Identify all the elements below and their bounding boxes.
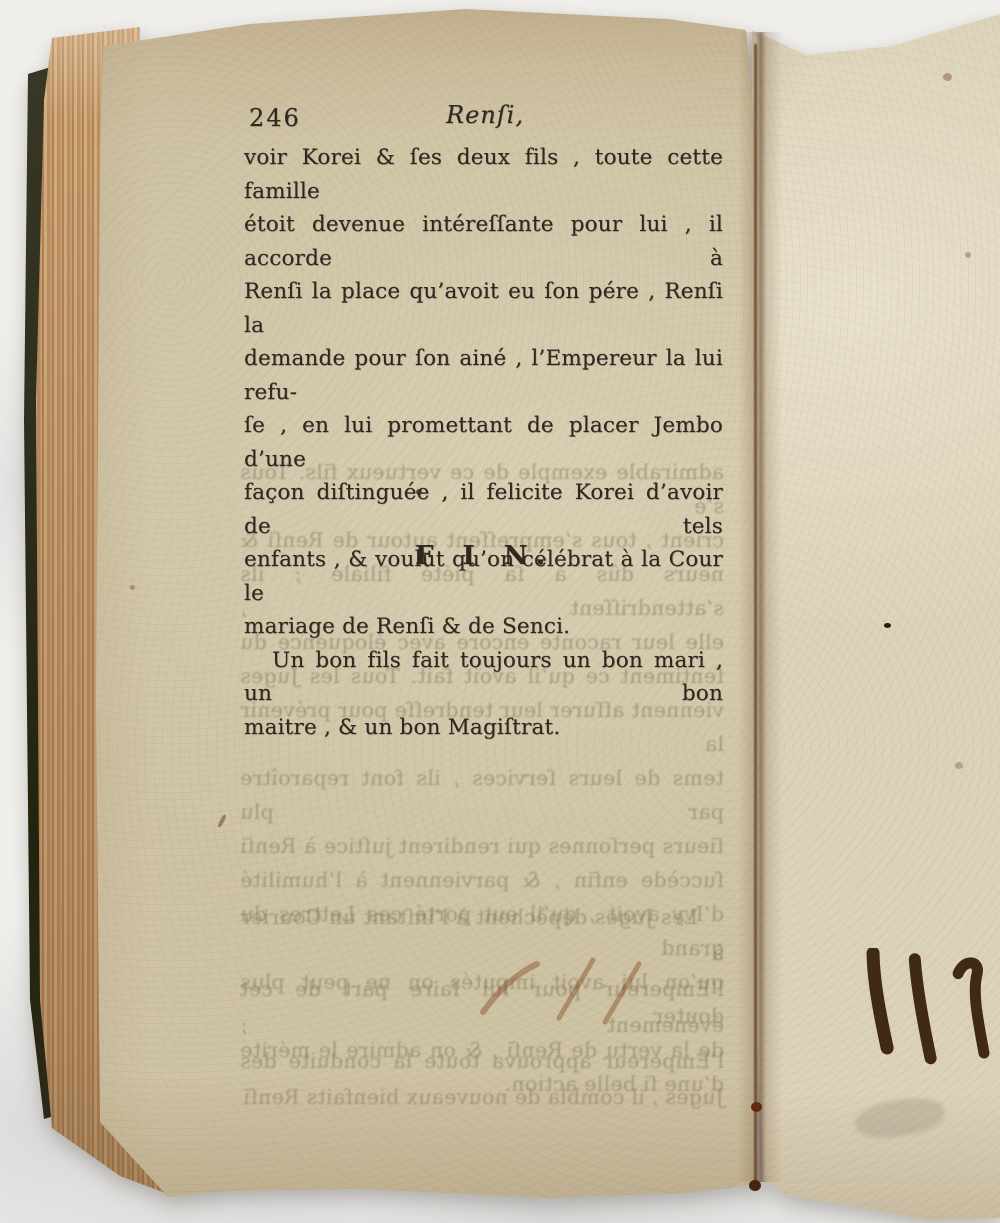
- ink-stroke: [910, 959, 936, 1058]
- handwritten-ink-marks: [852, 948, 1000, 1078]
- ghost-line: l’Empereur approuva toute la conduite de…: [240, 1043, 724, 1079]
- ghost-line: ſieurs perſonnes qui rendirent juſtice à…: [240, 829, 724, 863]
- ghost-line: l’Empereur pour lui faire part de cet év…: [240, 971, 724, 1043]
- pencil-smudge: [853, 1093, 948, 1143]
- text-line: façon diſtinguée , il felicite Korei d’a…: [244, 476, 723, 543]
- text-line: Un bon fils fait toujours un bon mari , …: [244, 644, 723, 711]
- bleed-through-text: Les Juges dépêchent à l’inſtant un Couri…: [240, 899, 724, 1115]
- ghost-line: ſuccède enfin , & parviennent à l’humili…: [240, 863, 724, 897]
- gutter-crease: [754, 44, 757, 1182]
- text-line: demande pour ſon ainé , l’Empereur la lu…: [244, 342, 723, 409]
- foxing-spot: [955, 762, 963, 769]
- running-header: Renſi,: [245, 101, 725, 129]
- text-line: mariage de Renſi & de Senci.: [244, 610, 723, 644]
- text-line: Renſi la place qu’avoit eu ſon pére , Re…: [244, 275, 723, 342]
- open-book: admirable exemple de ce vertueux fils. T…: [0, 0, 1000, 1223]
- fin-label: F I N.: [245, 541, 725, 571]
- ink-stroke: [868, 953, 892, 1048]
- text-line: maitre , & un bon Magiſtrat.: [244, 711, 723, 745]
- body-text: voir Korei & ſes deux fils , toute cette…: [244, 141, 723, 744]
- ink-stroke: [954, 962, 989, 1053]
- text-line: étoit devenue intéreſſante pour lui , il…: [244, 208, 723, 275]
- foxing-spot: [965, 252, 971, 258]
- ghost-line: Juges , il combla de nouveaux bienfaits …: [240, 1079, 724, 1115]
- photo-of-open-book: admirable exemple de ce vertueux fils. T…: [0, 0, 1000, 1223]
- fiber-fleck: [217, 814, 227, 828]
- text-line: voir Korei & ſes deux fils , toute cette…: [244, 141, 723, 208]
- ghost-line: tems de leurs ſervices , ils font reparo…: [240, 761, 724, 829]
- text-line: ſe , en lui promettant de placer Jembo d…: [244, 409, 723, 476]
- foxing-spot: [130, 585, 135, 590]
- ink-speck: [884, 623, 891, 628]
- foxing-spot: [943, 73, 952, 81]
- ghost-line: Les Juges dépêchent à l’inſtant un Couri…: [240, 899, 724, 971]
